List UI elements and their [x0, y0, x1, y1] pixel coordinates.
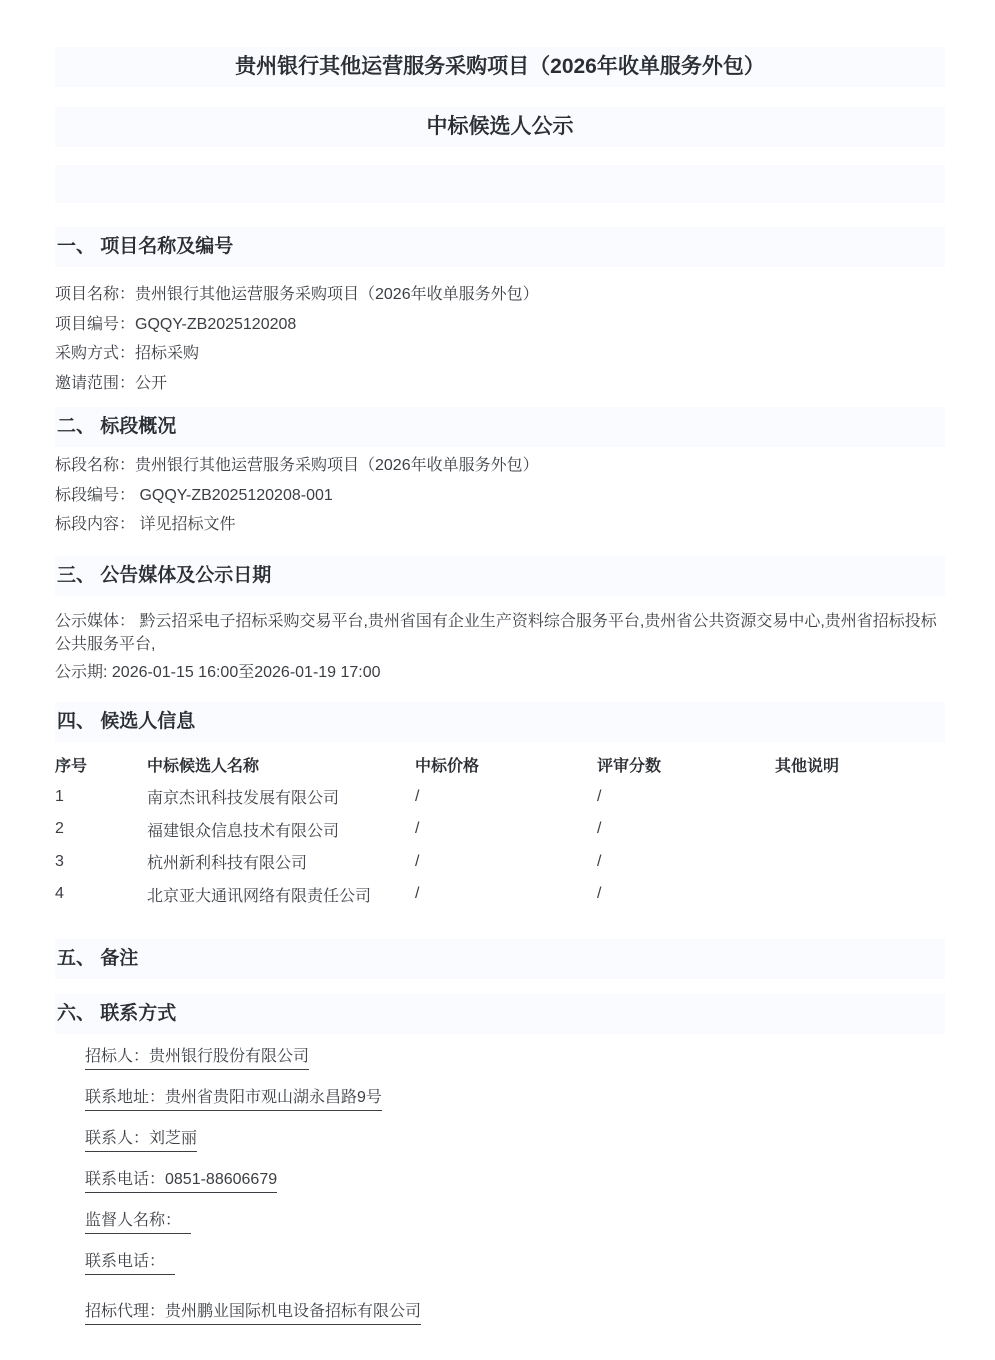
- lot-content-line: 标段内容： 详见招标文件: [55, 510, 945, 540]
- bid-price: /: [415, 885, 597, 903]
- contact-phone-line: 联系电话：0851-88606679: [85, 1171, 945, 1189]
- table-row: 3 杭州新利科技有限公司 / /: [55, 846, 945, 879]
- bid-price: /: [415, 820, 597, 838]
- publicity-media-line: 公示媒体： 黔云招采电子招标采购交易平台,贵州省国有企业生产资料综合服务平台,贵…: [55, 610, 945, 657]
- announcement-document: 贵州银行其他运营服务采购项目（2026年收单服务外包） 中标候选人公示 一、 项…: [0, 47, 995, 1321]
- supervisor-name-text: 监督人名称：: [85, 1212, 191, 1234]
- project-name-line: 项目名称：贵州银行其他运营服务采购项目（2026年收单服务外包）: [55, 280, 945, 310]
- lot-details: 标段名称：贵州银行其他运营服务采购项目（2026年收单服务外包） 标段编号： G…: [55, 451, 945, 540]
- supervisor-phone-line: 联系电话：: [85, 1253, 945, 1271]
- invitation-scope-line: 邀请范围：公开: [55, 369, 945, 399]
- empty-band: [55, 165, 945, 203]
- bid-price: /: [415, 853, 597, 871]
- column-header-candidate-name: 中标候选人名称: [147, 753, 415, 776]
- candidates-table: 序号 中标候选人名称 中标价格 评审分数 其他说明 1 南京杰讯科技发展有限公司…: [55, 748, 945, 911]
- contact-address-text: 联系地址：贵州省贵阳市观山湖永昌路9号: [85, 1089, 382, 1111]
- section-heading-project-name-number: 一、 项目名称及编号: [55, 227, 945, 267]
- project-details: 项目名称：贵州银行其他运营服务采购项目（2026年收单服务外包） 项目编号：GQ…: [55, 280, 945, 398]
- publicity-period-line: 公示期: 2026-01-15 16:00至2026-01-19 17:00: [55, 661, 945, 685]
- tender-agent-line: 招标代理：贵州鹏业国际机电设备招标有限公司: [85, 1303, 945, 1321]
- contact-phone-text: 联系电话：0851-88606679: [85, 1171, 277, 1193]
- row-index: 2: [55, 820, 147, 838]
- lot-name-line: 标段名称：贵州银行其他运营服务采购项目（2026年收单服务外包）: [55, 451, 945, 481]
- table-row: 2 福建银众信息技术有限公司 / /: [55, 813, 945, 846]
- table-header-row: 序号 中标候选人名称 中标价格 评审分数 其他说明: [55, 748, 945, 781]
- section-heading-lot-overview: 二、 标段概况: [55, 407, 945, 447]
- table-row: 4 北京亚大通讯网络有限责任公司 / /: [55, 878, 945, 911]
- contact-address-line: 联系地址：贵州省贵阳市观山湖永昌路9号: [85, 1089, 945, 1107]
- candidate-name: 福建银众信息技术有限公司: [147, 818, 415, 841]
- candidate-name: 南京杰讯科技发展有限公司: [147, 785, 415, 808]
- review-score: /: [597, 820, 775, 838]
- review-score: /: [597, 853, 775, 871]
- contact-person-line: 联系人：刘芝丽: [85, 1130, 945, 1148]
- review-score: /: [597, 788, 775, 806]
- row-index: 3: [55, 853, 147, 871]
- section-heading-candidates: 四、 候选人信息: [55, 702, 945, 742]
- page-subtitle: 中标候选人公示: [55, 107, 945, 147]
- section-heading-media-dates: 三、 公告媒体及公示日期: [55, 556, 945, 596]
- supervisor-name-line: 监督人名称：: [85, 1212, 945, 1230]
- section-heading-contact: 六、 联系方式: [55, 994, 945, 1034]
- contact-person-text: 联系人：刘芝丽: [85, 1130, 197, 1152]
- tenderer-line: 招标人：贵州银行股份有限公司: [85, 1048, 945, 1066]
- procurement-method-line: 采购方式：招标采购: [55, 339, 945, 369]
- row-index: 4: [55, 885, 147, 903]
- column-header-bid-price: 中标价格: [415, 753, 597, 776]
- candidate-name: 杭州新利科技有限公司: [147, 850, 415, 873]
- column-header-review-score: 评审分数: [597, 753, 775, 776]
- column-header-other-notes: 其他说明: [775, 753, 945, 776]
- contact-details: 招标人：贵州银行股份有限公司 联系地址：贵州省贵阳市观山湖永昌路9号 联系人：刘…: [55, 1048, 945, 1321]
- page-title: 贵州银行其他运营服务采购项目（2026年收单服务外包）: [55, 47, 945, 87]
- project-number-line: 项目编号：GQQY-ZB2025120208: [55, 310, 945, 340]
- tenderer-text: 招标人：贵州银行股份有限公司: [85, 1048, 309, 1070]
- review-score: /: [597, 885, 775, 903]
- column-header-index: 序号: [55, 753, 147, 776]
- supervisor-phone-text: 联系电话：: [85, 1253, 175, 1275]
- lot-number-line: 标段编号： GQQY-ZB2025120208-001: [55, 481, 945, 511]
- candidate-name: 北京亚大通讯网络有限责任公司: [147, 883, 415, 906]
- tender-agent-text: 招标代理：贵州鹏业国际机电设备招标有限公司: [85, 1303, 421, 1325]
- table-row: 1 南京杰讯科技发展有限公司 / /: [55, 781, 945, 814]
- section-heading-remarks: 五、 备注: [55, 939, 945, 979]
- bid-price: /: [415, 788, 597, 806]
- row-index: 1: [55, 788, 147, 806]
